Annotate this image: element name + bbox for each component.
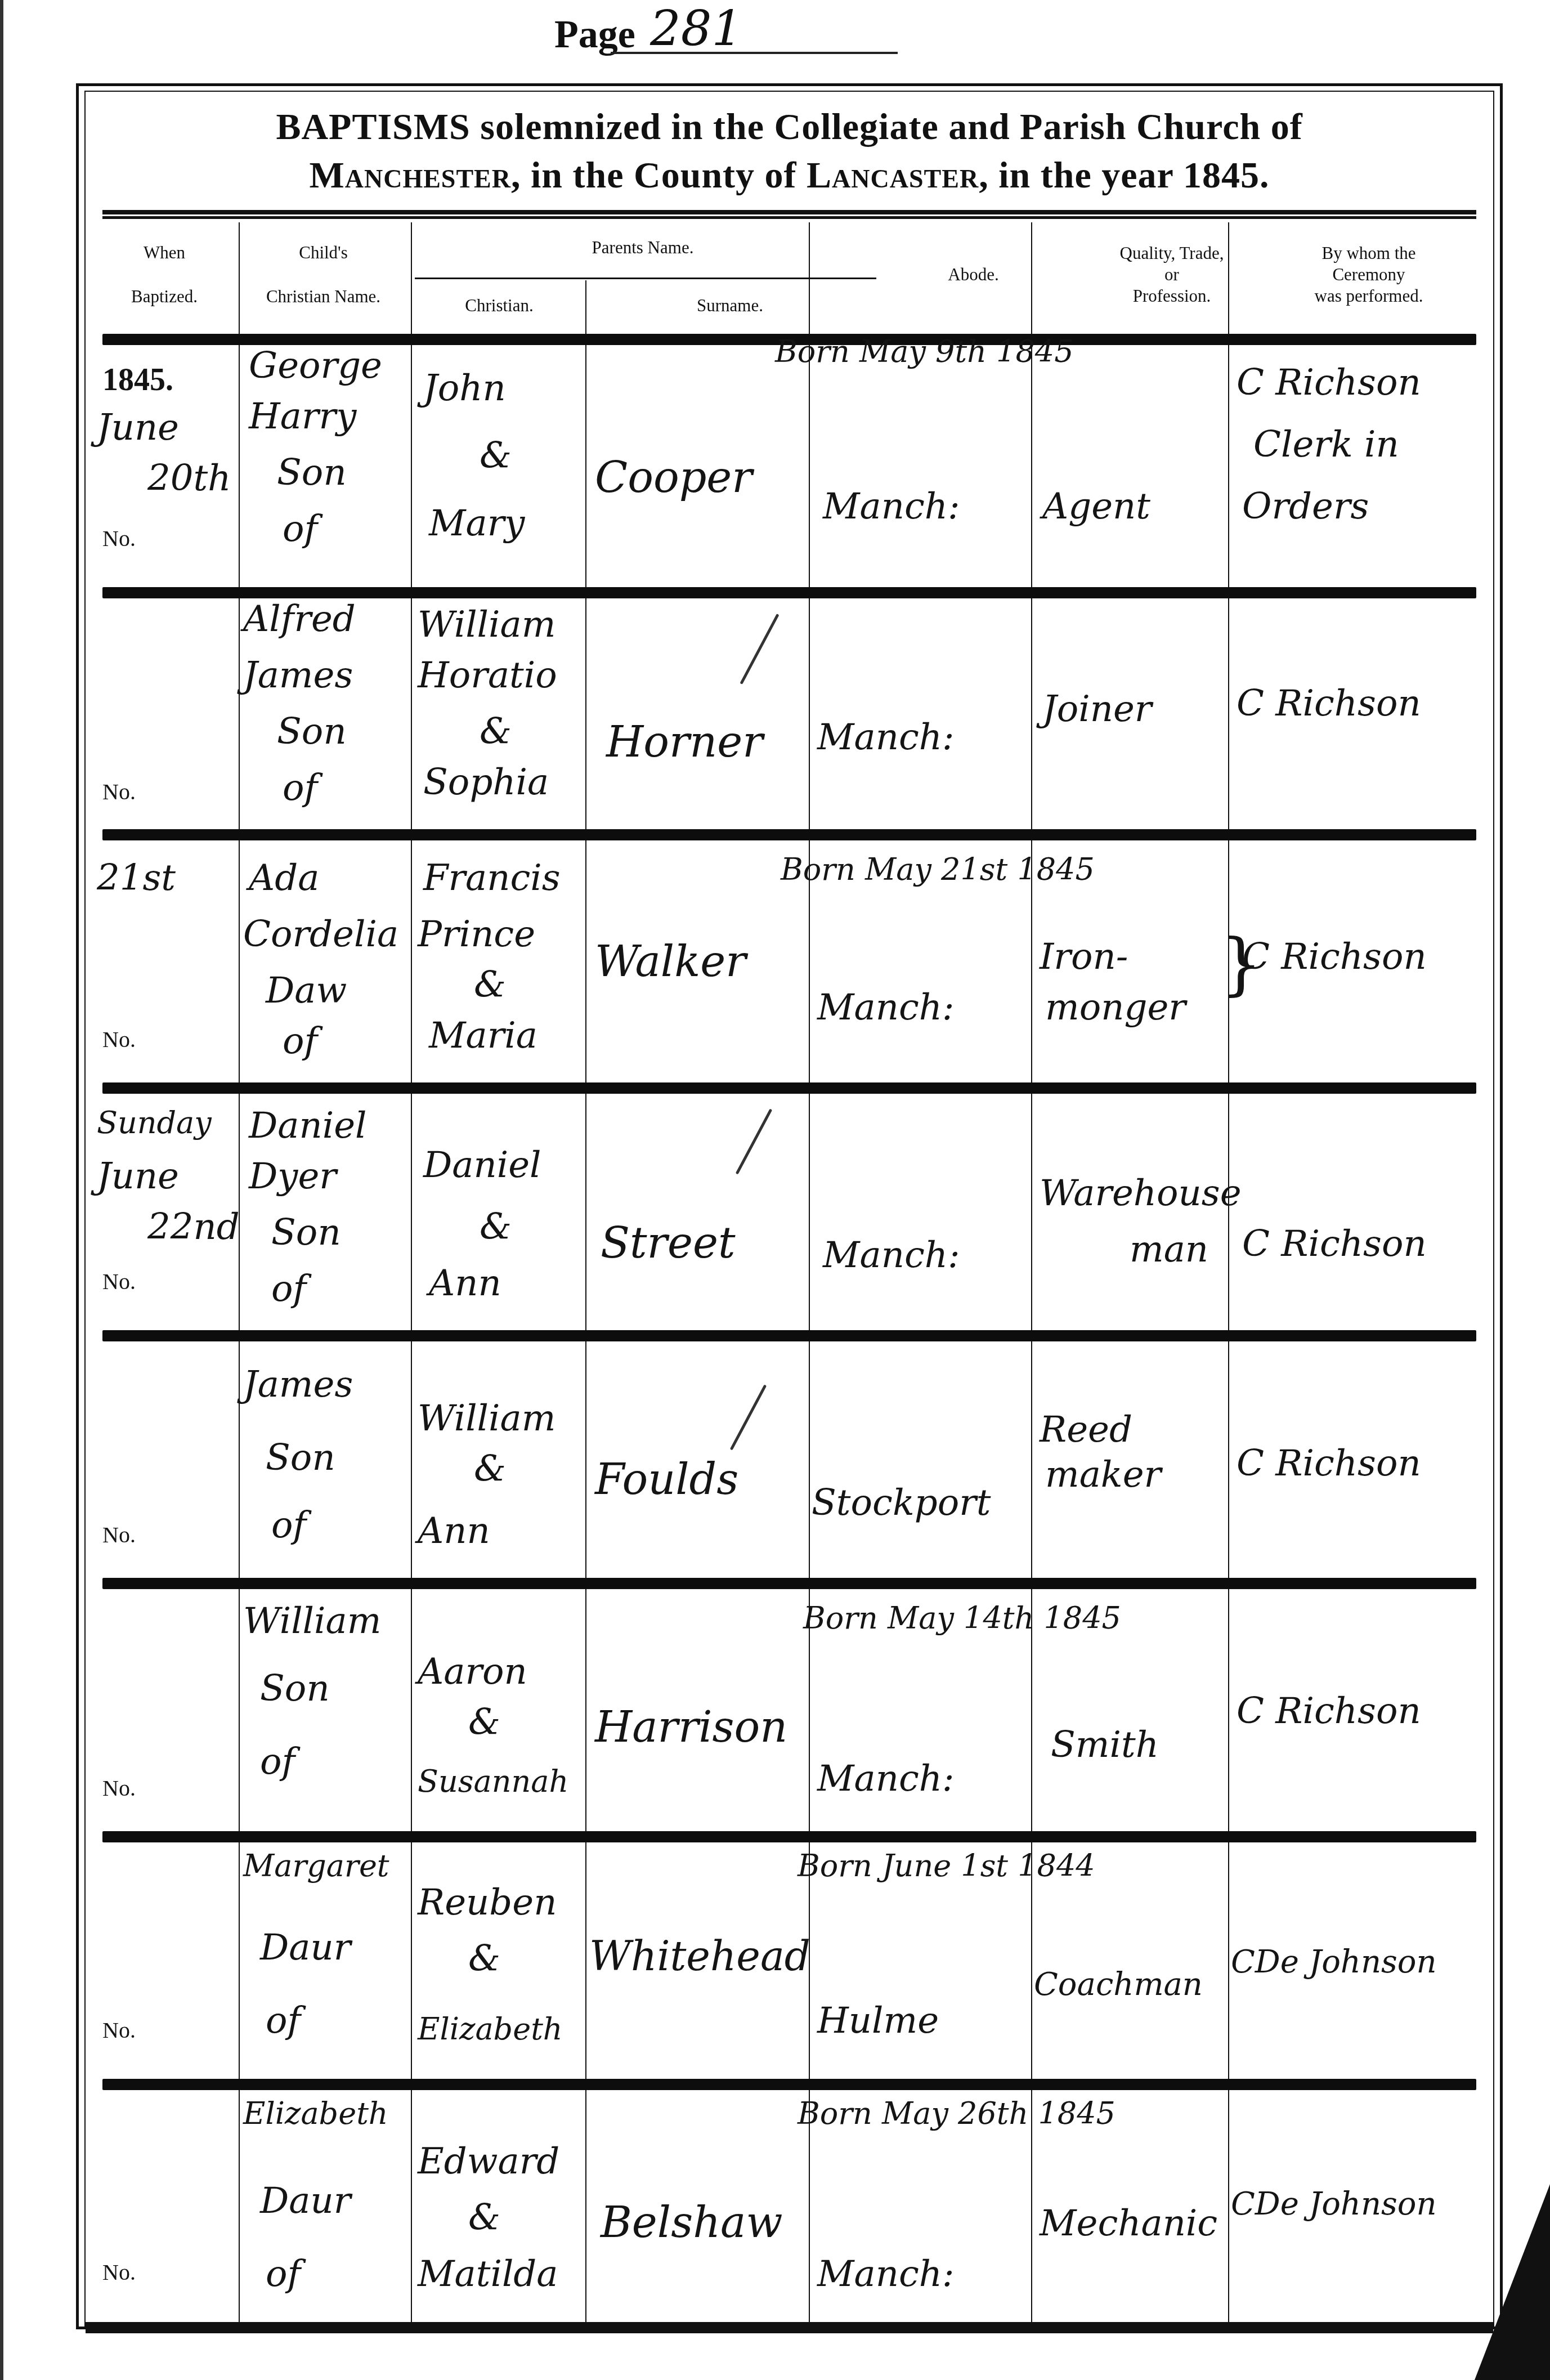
parent-name: Ann: [418, 1510, 490, 1552]
child-relation-of: of: [271, 1268, 306, 1310]
header-quality-line1: Quality, Trade,: [1120, 243, 1224, 264]
cell-child-name: Daniel Dyer Son of: [243, 1094, 412, 1330]
cell-abode: Manch:: [812, 345, 1031, 587]
cell-by-whom: CDe Johnson: [1231, 2090, 1445, 2321]
quality: Mechanic: [1040, 2203, 1217, 2244]
child-relation: Son: [260, 1668, 330, 1710]
register-entry: No. Margaret Daur of Reuben & Elizabeth …: [86, 1842, 1493, 2079]
parent-ampersand: &: [468, 1702, 500, 1743]
child-relation-of: of: [283, 508, 317, 550]
child-name-line: Daniel: [249, 1105, 367, 1147]
abode: Manch:: [817, 717, 955, 758]
child-relation-of: of: [266, 2253, 301, 2295]
cell-when: Sunday June 22nd No.: [97, 1094, 238, 1330]
cell-by-whom: } C Richson: [1231, 840, 1445, 1082]
register-entry: No. Alfred James Son of William Horatio …: [86, 598, 1493, 829]
header-by-whom-line2: Ceremony: [1332, 264, 1405, 285]
header-parent-christian-label: Christian.: [465, 295, 533, 316]
cell-quality: Mechanic: [1034, 2090, 1228, 2321]
parent-name: Francis: [423, 857, 561, 899]
register-title: BAPTISMS solemnized in the Collegiate an…: [86, 103, 1493, 200]
cell-quality: Warehouse man: [1034, 1094, 1228, 1330]
child-name-line: James: [243, 655, 353, 696]
surname: Horner: [606, 717, 763, 767]
cell-child-name: Elizabeth Daur of: [243, 2090, 412, 2321]
child-name-line: William: [243, 1600, 381, 1642]
cell-abode: Stockport: [812, 1341, 1031, 1578]
child-relation-of: of: [260, 1741, 295, 1783]
parent-name: Prince: [418, 914, 535, 955]
cell-parent-christian: Aaron & Susannah: [418, 1589, 586, 1831]
header-by-whom: By whom the Ceremony was performed.: [1273, 222, 1464, 326]
child-relation-of: of: [283, 1021, 317, 1062]
entry-when-day: 21st: [97, 857, 176, 899]
cell-when: No.: [97, 2090, 238, 2321]
cell-by-whom: C Richson: [1231, 1589, 1445, 1831]
row-rule: [102, 1831, 1476, 1842]
header-parent-surname-label: Surname.: [697, 295, 763, 316]
entry-number-label: No.: [102, 1026, 136, 1053]
cell-abode: Manch:: [812, 840, 1031, 1082]
header-by-whom-line1: By whom the: [1321, 243, 1415, 264]
quality: Agent: [1042, 486, 1150, 527]
parent-name: Reuben: [418, 1882, 557, 1923]
child-relation: Son: [277, 711, 347, 753]
quality: Coachman: [1034, 1966, 1203, 2003]
cell-parent-christian: William & Ann: [418, 1341, 586, 1578]
cell-parent-christian: Edward & Matilda: [418, 2090, 586, 2321]
entry-number-label: No.: [102, 1268, 136, 1295]
header-when-baptized: When Baptized.: [97, 222, 232, 326]
header-when-line2: Baptized.: [131, 286, 198, 307]
entry-when-weekday: Sunday: [97, 1105, 212, 1140]
page-number: 281: [611, 3, 898, 54]
cell-by-whom: CDe Johnson: [1231, 1842, 1445, 2079]
child-name-line: Alfred: [243, 598, 356, 640]
parent-name: Maria: [429, 1015, 537, 1057]
officiant: C Richson: [1237, 1690, 1421, 1732]
cell-parent-christian: Daniel & Ann: [418, 1094, 586, 1330]
surname: Harrison: [595, 1702, 787, 1752]
child-name-line: Dyer: [249, 1156, 337, 1197]
child-name-line: Margaret: [243, 1848, 389, 1884]
page-edge: [0, 0, 3, 2380]
parent-name: John: [423, 368, 506, 409]
title-rule: [102, 210, 1476, 216]
entry-number-label: No.: [102, 2017, 136, 2043]
abode: Manch:: [817, 1758, 955, 1800]
parent-name: Ann: [429, 1263, 501, 1304]
header-parents-label: Parents Name.: [592, 237, 694, 258]
officiant: C Richson: [1242, 936, 1427, 978]
child-relation-of: of: [266, 2000, 301, 2042]
cell-child-name: George Harry Son of: [243, 345, 412, 587]
parent-name: Sophia: [423, 762, 549, 803]
officiant-title: Orders: [1242, 486, 1369, 527]
register-entry: 21st No. Ada Cordelia Daw of Francis Pri…: [86, 840, 1493, 1082]
child-name-line: Cordelia: [243, 914, 398, 955]
child-name-line: Elizabeth: [243, 2096, 388, 2131]
cell-quality: Coachman: [1034, 1842, 1228, 2079]
cell-when: No.: [97, 1341, 238, 1578]
parent-name: William: [418, 1398, 556, 1439]
child-relation: Daw: [266, 970, 347, 1012]
officiant: C Richson: [1242, 1223, 1427, 1265]
surname: Belshaw: [601, 2197, 782, 2247]
header-abode-label: Abode.: [948, 264, 998, 285]
register-entry: 1845. June 20th No. George Harry Son of …: [86, 345, 1493, 587]
cell-parent-christian: Reuben & Elizabeth: [418, 1842, 586, 2079]
abode: Manch:: [817, 987, 955, 1028]
surname: Walker: [595, 936, 746, 986]
cell-child-name: James Son of: [243, 1341, 412, 1578]
child-relation-of: of: [271, 1505, 306, 1546]
child-relation-of: of: [283, 767, 317, 809]
child-relation: Son: [277, 452, 347, 494]
officiant: CDe Johnson: [1231, 2186, 1437, 2222]
surname: Street: [601, 1218, 735, 1268]
quality: monger: [1045, 987, 1186, 1028]
parent-name: Mary: [429, 503, 525, 544]
title-mid: in the County of: [531, 155, 797, 196]
cell-quality: Agent: [1034, 345, 1228, 587]
parent-name: Edward: [418, 2141, 559, 2182]
officiant: C Richson: [1237, 1443, 1421, 1484]
entry-check-mark: [740, 614, 779, 685]
header-by-whom-line3: was performed.: [1315, 285, 1423, 307]
cell-when: No.: [97, 598, 238, 829]
header-when-line1: When: [144, 242, 185, 263]
cell-abode: Manch:: [812, 2090, 1031, 2321]
officiant: C Richson: [1237, 683, 1421, 724]
parent-name: Elizabeth: [418, 2011, 563, 2047]
abode: Manch:: [823, 486, 960, 527]
quality: maker: [1045, 1454, 1161, 1496]
header-quality-line2: or: [1164, 264, 1179, 285]
entry-number-label: No.: [102, 1522, 136, 1548]
cell-parent-christian: William Horatio & Sophia: [418, 598, 586, 829]
register-entry: Sunday June 22nd No. Daniel Dyer Son of …: [86, 1094, 1493, 1330]
baptism-register: BAPTISMS solemnized in the Collegiate an…: [76, 83, 1503, 2329]
surname: Whitehead: [589, 1932, 810, 1980]
cell-quality: Iron- monger: [1034, 840, 1228, 1082]
entry-number-label: No.: [102, 2259, 136, 2285]
title-lead: BAPTISMS: [276, 106, 470, 147]
header-quality: Quality, Trade, or Profession.: [1076, 222, 1267, 326]
register-frame: BAPTISMS solemnized in the Collegiate an…: [84, 91, 1494, 2327]
child-name-line: James: [243, 1364, 353, 1406]
entry-number-label: No.: [102, 525, 136, 552]
row-rule: [102, 1082, 1476, 1094]
title-line-1: BAPTISMS solemnized in the Collegiate an…: [86, 103, 1493, 151]
parent-name: William: [418, 604, 556, 646]
cell-abode: Manch:: [812, 1589, 1031, 1831]
quality: Warehouse: [1040, 1173, 1242, 1214]
parents-subrule: [415, 278, 876, 279]
row-rule: [102, 1330, 1476, 1341]
register-entry: No. James Son of William & Ann Foulds St…: [86, 1341, 1493, 1578]
cell-abode: Manch:: [812, 598, 1031, 829]
entry-check-mark: [730, 1384, 767, 1450]
header-child-line2: Christian Name.: [266, 286, 380, 307]
title-city: Manchester,: [309, 155, 521, 196]
child-name-line: Harry: [249, 396, 356, 437]
parent-name: Susannah: [418, 1764, 568, 1799]
child-relation: Son: [266, 1437, 335, 1479]
header-parent-surname: Surname.: [589, 283, 871, 328]
header-parents-group: Parents Name.: [415, 222, 871, 273]
quality: Iron-: [1040, 936, 1128, 978]
cell-when: No.: [97, 1842, 238, 2079]
parent-name: Matilda: [418, 2253, 558, 2295]
child-relation: Son: [271, 1212, 341, 1254]
child-relation: Daur: [260, 2180, 351, 2222]
parent-ampersand: &: [480, 435, 512, 477]
cell-by-whom: C Richson Clerk in Orders: [1231, 345, 1445, 587]
abode: Manch:: [817, 2253, 955, 2295]
cell-by-whom: C Richson: [1231, 1341, 1445, 1578]
parent-name: Horatio: [418, 655, 557, 696]
cell-parent-christian: John & Mary: [418, 345, 586, 587]
entry-number-label: No.: [102, 1775, 136, 1801]
parent-ampersand: &: [480, 711, 512, 753]
header-child-name: Child's Christian Name.: [243, 222, 404, 326]
row-rule: [102, 829, 1476, 840]
entry-when-day: 20th: [147, 458, 231, 499]
cell-quality: Smith: [1034, 1589, 1228, 1831]
entry-number-label: No.: [102, 779, 136, 805]
surname: Foulds: [595, 1454, 738, 1504]
cell-child-name: Ada Cordelia Daw of: [243, 840, 412, 1082]
cell-quality: Reed maker: [1034, 1341, 1228, 1578]
parent-name: Daniel: [423, 1144, 541, 1186]
parent-ampersand: &: [474, 964, 506, 1006]
parent-name: Aaron: [418, 1651, 527, 1693]
page-header: Page 281: [0, 0, 1550, 84]
parent-ampersand: &: [468, 1938, 500, 1980]
entry-year: 1845.: [102, 362, 173, 398]
quality: Smith: [1051, 1724, 1159, 1766]
abode: Hulme: [817, 2000, 939, 2042]
header-abode: Abode.: [876, 222, 1070, 326]
entry-when-month: June: [97, 1156, 179, 1197]
child-name-line: George: [249, 345, 382, 387]
cell-child-name: Alfred James Son of: [243, 598, 412, 829]
register-entry: No. William Son of Aaron & Susannah Harr…: [86, 1589, 1493, 1831]
parent-ampersand: &: [474, 1448, 506, 1490]
bottom-rule: [86, 2322, 1493, 2327]
row-rule: [102, 1578, 1476, 1589]
header-parent-christian: Christian.: [415, 283, 584, 328]
cell-when: No.: [97, 1589, 238, 1831]
entry-check-mark: [736, 1108, 772, 1174]
register-entry: No. Elizabeth Daur of Edward & Matilda B…: [86, 2090, 1493, 2321]
cell-when: 21st No.: [97, 840, 238, 1082]
entry-when-month: June: [97, 407, 179, 449]
quality: man: [1130, 1229, 1208, 1270]
page-corner-shadow: [1475, 2184, 1550, 2380]
title-county: Lancaster,: [807, 155, 989, 196]
cell-abode: Manch:: [812, 1094, 1031, 1330]
parent-ampersand: &: [468, 2197, 500, 2239]
cell-parent-christian: Francis Prince & Maria: [418, 840, 586, 1082]
parent-ampersand: &: [480, 1206, 512, 1248]
header-quality-line3: Profession.: [1133, 285, 1211, 307]
quality: Joiner: [1042, 688, 1152, 730]
title-tail: in the year 1845.: [998, 155, 1269, 196]
row-rule: [102, 587, 1476, 598]
cell-when: 1845. June 20th No.: [97, 345, 238, 587]
cell-quality: Joiner: [1034, 598, 1228, 829]
child-name-line: Ada: [249, 857, 319, 899]
cell-by-whom: C Richson: [1231, 1094, 1445, 1330]
title-line-2: Manchester, in the County of Lancaster, …: [86, 151, 1493, 200]
row-rule: [102, 2079, 1476, 2090]
child-relation: Daur: [260, 1927, 351, 1969]
cell-child-name: William Son of: [243, 1589, 412, 1831]
officiant-title: Clerk in: [1253, 424, 1399, 466]
title-rest: solemnized in the Collegiate and Parish …: [480, 106, 1302, 147]
abode: Manch:: [823, 1234, 960, 1276]
cell-child-name: Margaret Daur of: [243, 1842, 412, 2079]
surname: Cooper: [595, 452, 752, 502]
quality: Reed: [1040, 1409, 1132, 1451]
entry-when-day: 22nd: [147, 1206, 240, 1248]
header-child-line1: Child's: [299, 242, 348, 263]
abode: Stockport: [812, 1482, 991, 1524]
cell-abode: Hulme: [812, 1842, 1031, 2079]
cell-by-whom: C Richson: [1231, 598, 1445, 829]
officiant: C Richson: [1237, 362, 1421, 404]
officiant: CDe Johnson: [1231, 1944, 1437, 1980]
